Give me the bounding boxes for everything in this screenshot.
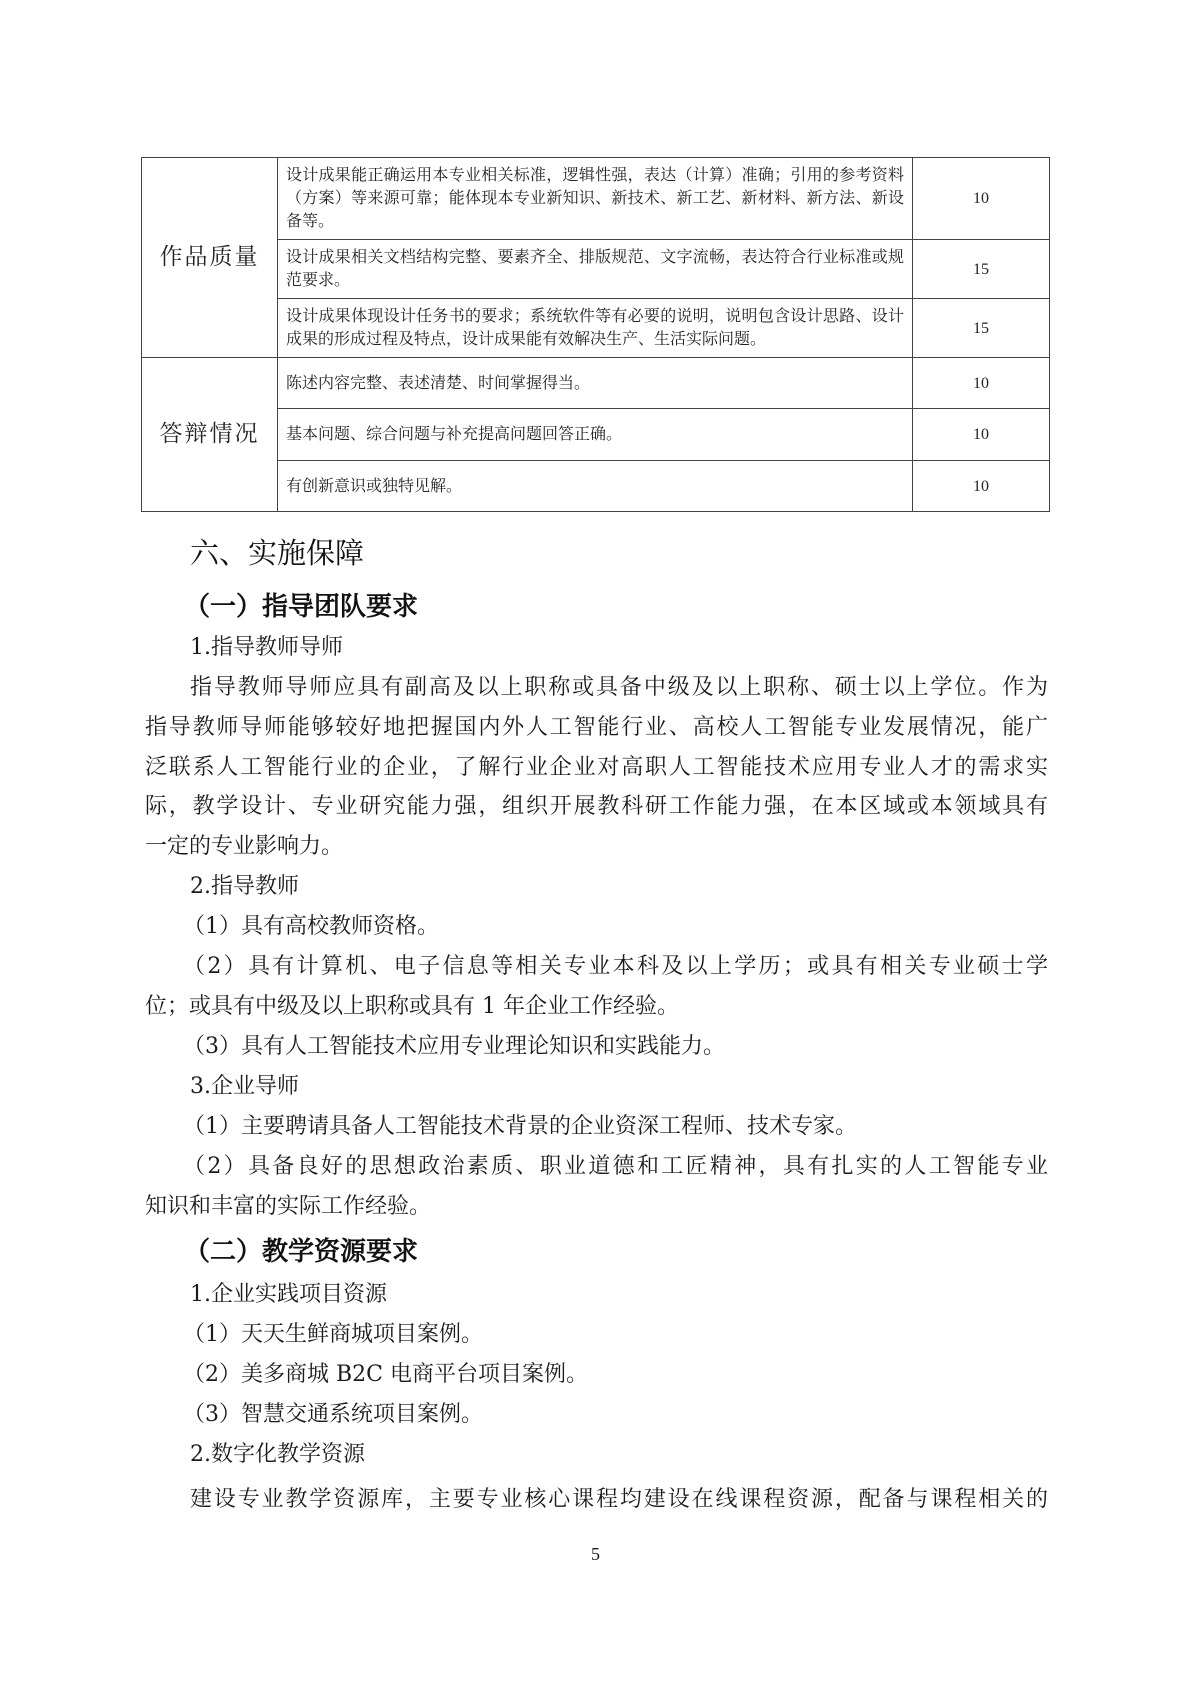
subsection-heading-team: （一）指导团队要求 [184, 587, 418, 627]
table-row: 有创新意识或独特见解。 10 [142, 461, 1050, 512]
list-item: （2）美多商城 B2C 电商平台项目案例。 [183, 1355, 1048, 1395]
list-item: （1）主要聘请具备人工智能技术背景的企业资深工程师、技术专家。 [183, 1107, 1048, 1147]
paragraph-line: 指导教师导师能够较好地把握国内外人工智能行业、高校人工智能专业发展情况，能广 [145, 708, 1048, 748]
item-heading: 2.数字化教学资源 [190, 1435, 1048, 1475]
table-row: 设计成果相关文档结构完整、要素齐全、排版规范、文字流畅，表达符合行业标准或规范要… [142, 240, 1050, 299]
category-cell: 答辩情况 [142, 358, 278, 512]
item-heading: 2.指导教师 [190, 867, 1048, 907]
table-row: 基本问题、综合问题与补充提高问题回答正确。 10 [142, 409, 1050, 461]
paragraph-line: 一定的专业影响力。 [145, 827, 1048, 867]
criterion-cell: 有创新意识或独特见解。 [278, 461, 913, 512]
list-item: （1）具有高校教师资格。 [183, 907, 1048, 947]
list-item: （1）天天生鲜商城项目案例。 [183, 1315, 1048, 1355]
list-item-continuation: 知识和丰富的实际工作经验。 [145, 1187, 1048, 1227]
criterion-cell: 设计成果体现设计任务书的要求；系统软件等有必要的说明，说明包含设计思路、设计成果… [278, 299, 913, 358]
paragraph-line: 泛联系人工智能行业的企业，了解行业企业对高职人工智能技术应用专业人才的需求实 [145, 748, 1048, 788]
paragraph-line: 际，教学设计、专业研究能力强，组织开展教科研工作能力强，在本区域或本领域具有 [145, 787, 1048, 827]
table-row: 设计成果体现设计任务书的要求；系统软件等有必要的说明，说明包含设计思路、设计成果… [142, 299, 1050, 358]
list-item: （2）具有计算机、电子信息等相关专业本科及以上学历；或具有相关专业硕士学 [183, 947, 1048, 987]
score-cell: 10 [913, 461, 1050, 512]
category-cell: 作品质量 [142, 158, 278, 358]
score-cell: 15 [913, 299, 1050, 358]
score-cell: 10 [913, 158, 1050, 240]
item-heading: 1.企业实践项目资源 [190, 1275, 1048, 1315]
list-item: （2）具备良好的思想政治素质、职业道德和工匠精神，具有扎实的人工智能专业 [183, 1147, 1048, 1187]
criterion-cell: 基本问题、综合问题与补充提高问题回答正确。 [278, 409, 913, 461]
list-item: （3）具有人工智能技术应用专业理论知识和实践能力。 [183, 1027, 1048, 1067]
item-heading: 3.企业导师 [190, 1067, 1048, 1107]
table-row: 答辩情况 陈述内容完整、表述清楚、时间掌握得当。 10 [142, 358, 1050, 409]
item-heading: 1.指导教师导师 [190, 628, 1048, 668]
criterion-cell: 陈述内容完整、表述清楚、时间掌握得当。 [278, 358, 913, 409]
page-number: 5 [0, 1542, 1191, 1566]
score-cell: 15 [913, 240, 1050, 299]
table-row: 作品质量 设计成果能正确运用本专业相关标准，逻辑性强，表达（计算）准确；引用的参… [142, 158, 1050, 240]
section-heading: 六、实施保障 [190, 533, 364, 573]
list-item: （3）智慧交通系统项目案例。 [183, 1395, 1048, 1435]
score-cell: 10 [913, 409, 1050, 461]
list-item-continuation: 位；或具有中级及以上职称或具有 1 年企业工作经验。 [145, 987, 1048, 1027]
score-cell: 10 [913, 358, 1050, 409]
evaluation-rubric-table: 作品质量 设计成果能正确运用本专业相关标准，逻辑性强，表达（计算）准确；引用的参… [141, 157, 1050, 512]
subsection-heading-resources: （二）教学资源要求 [184, 1232, 418, 1272]
criterion-cell: 设计成果能正确运用本专业相关标准，逻辑性强，表达（计算）准确；引用的参考资料（方… [278, 158, 913, 240]
criterion-cell: 设计成果相关文档结构完整、要素齐全、排版规范、文字流畅，表达符合行业标准或规范要… [278, 240, 913, 299]
paragraph-line: 建设专业教学资源库，主要专业核心课程均建设在线课程资源，配备与课程相关的 [190, 1480, 1048, 1520]
document-page: 作品质量 设计成果能正确运用本专业相关标准，逻辑性强，表达（计算）准确；引用的参… [0, 0, 1191, 1684]
paragraph-line: 指导教师导师应具有副高及以上职称或具备中级及以上职称、硕士以上学位。作为 [190, 668, 1048, 708]
